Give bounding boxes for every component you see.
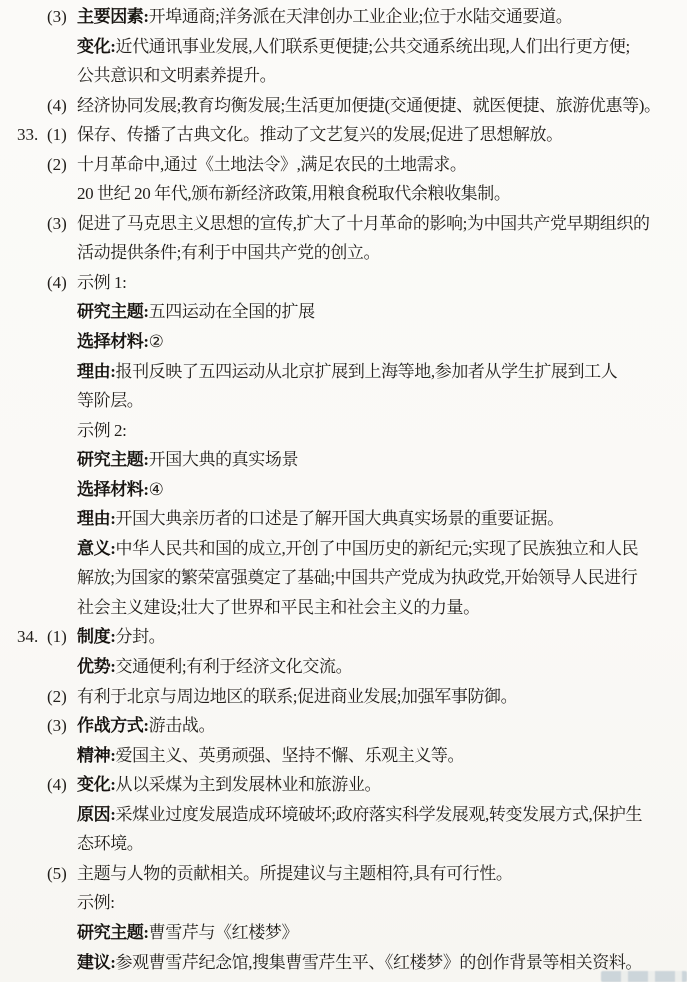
answer-label: 制度: xyxy=(77,627,115,646)
answer-label: 变化: xyxy=(77,775,115,794)
answer-label: 原因: xyxy=(77,805,115,824)
answer-text: 有利于北京与周边地区的联系;促进商业发展;加强军事防御。 xyxy=(77,687,517,706)
answer-line: (4)经济协同发展;教育均衡发展;生活更加便捷(交通便捷、就医便捷、旅游优惠等)… xyxy=(0,91,687,121)
answer-text: 游击战。 xyxy=(149,716,215,735)
answer-line: 活动提供条件;有利于中国共产党的创立。 xyxy=(0,238,687,268)
sub-question-marker: (3) xyxy=(47,209,77,239)
sub-question-marker: (5) xyxy=(47,859,77,889)
answer-text: 促进了马克思主义思想的宣传,扩大了十月革命的影响;为中国共产党早期组织的 xyxy=(77,214,650,233)
answer-label: 变化: xyxy=(77,37,115,56)
answer-line: 示例 2: xyxy=(0,416,687,446)
answer-text: 报刊反映了五四运动从北京扩展到上海等地,参加者从学生扩展到工人 xyxy=(115,362,617,381)
answer-line: (5)主题与人物的贡献相关。所提建议与主题相符,具有可行性。 xyxy=(0,859,687,889)
answer-line: 意义:中华人民共和国的成立,开创了中国历史的新纪元;实现了民族独立和人民 xyxy=(0,534,687,564)
answer-line: (3)促进了马克思主义思想的宣传,扩大了十月革命的影响;为中国共产党早期组织的 xyxy=(0,209,687,239)
answer-label: 研究主题: xyxy=(77,450,149,469)
answer-text: 20 世纪 20 年代,颁布新经济政策,用粮食税取代余粮收集制。 xyxy=(77,184,510,203)
answer-line: 变化:近代通讯事业发展,人们联系更便捷;公共交通系统出现,人们出行更方便; xyxy=(0,32,687,62)
answer-text: ④ xyxy=(149,480,164,499)
answer-label: 建议: xyxy=(77,953,115,972)
answer-label: 意义: xyxy=(77,539,115,558)
sub-question-marker: (2) xyxy=(47,682,77,712)
answer-text: 采煤业过度发展造成环境破坏;政府落实科学发展观,转变发展方式,保护生 xyxy=(115,805,642,824)
answer-line: 精神:爱国主义、英勇顽强、坚持不懈、乐观主义等。 xyxy=(0,741,687,771)
answer-text: 近代通讯事业发展,人们联系更便捷;公共交通系统出现,人们出行更方便; xyxy=(115,37,629,56)
answer-text: 分封。 xyxy=(115,627,165,646)
question-number: 34. xyxy=(17,622,47,652)
answer-line: 公共意识和文明素养提升。 xyxy=(0,61,687,91)
answer-line: 态环境。 xyxy=(0,829,687,859)
answer-text: 五四运动在全国的扩展 xyxy=(149,302,315,321)
sub-question-marker: (4) xyxy=(47,770,77,800)
answer-line: 原因:采煤业过度发展造成环境破坏;政府落实科学发展观,转变发展方式,保护生 xyxy=(0,800,687,830)
answer-label: 研究主题: xyxy=(77,923,149,942)
answer-text: 解放;为国家的繁荣富强奠定了基础;中国共产党成为执政党,开始领导人民进行 xyxy=(77,568,637,587)
answer-line: (2)十月革命中,通过《土地法令》,满足农民的土地需求。 xyxy=(0,150,687,180)
scan-artifact-smudge xyxy=(601,971,687,982)
answers-text-block: (3)主要因素:开埠通商;洋务派在天津创办工业企业;位于水陆交通要道。变化:近代… xyxy=(0,2,687,977)
sub-question-marker: (3) xyxy=(47,2,77,32)
answer-line: 理由:开国大典亲历者的口述是了解开国大典真实场景的重要证据。 xyxy=(0,504,687,534)
sub-question-marker: (2) xyxy=(47,150,77,180)
answer-text: 曹雪芹与《红楼梦》 xyxy=(149,923,298,942)
answer-line: 研究主题:曹雪芹与《红楼梦》 xyxy=(0,918,687,948)
answer-label: 理由: xyxy=(77,509,115,528)
answer-line: 理由:报刊反映了五四运动从北京扩展到上海等地,参加者从学生扩展到工人 xyxy=(0,357,687,387)
answer-line: 研究主题:五四运动在全国的扩展 xyxy=(0,297,687,327)
answer-line: 选择材料:④ xyxy=(0,475,687,505)
answer-text: 示例: xyxy=(77,893,115,912)
answer-line: 20 世纪 20 年代,颁布新经济政策,用粮食税取代余粮收集制。 xyxy=(0,179,687,209)
answer-text: 主题与人物的贡献相关。所提建议与主题相符,具有可行性。 xyxy=(77,864,512,883)
answer-text: 示例 2: xyxy=(77,421,126,440)
answer-text: 爱国主义、英勇顽强、坚持不懈、乐观主义等。 xyxy=(115,746,464,765)
answer-text: 参观曹雪芹纪念馆,搜集曹雪芹生平、《红楼梦》的创作背景等相关资料。 xyxy=(115,953,642,972)
answer-text: 社会主义建设;壮大了世界和平民主和社会主义的力量。 xyxy=(77,598,480,617)
answer-text: 中华人民共和国的成立,开创了中国历史的新纪元;实现了民族独立和人民 xyxy=(115,539,638,558)
answer-text: 经济协同发展;教育均衡发展;生活更加便捷(交通便捷、就医便捷、旅游优惠等)。 xyxy=(77,96,661,115)
scanned-answer-page: (3)主要因素:开埠通商;洋务派在天津创办工业企业;位于水陆交通要道。变化:近代… xyxy=(0,0,687,982)
answer-line: (3)主要因素:开埠通商;洋务派在天津创办工业企业;位于水陆交通要道。 xyxy=(0,2,687,32)
answer-line: 解放;为国家的繁荣富强奠定了基础;中国共产党成为执政党,开始领导人民进行 xyxy=(0,563,687,593)
answer-label: 精神: xyxy=(77,746,115,765)
answer-line: 34.(1)制度:分封。 xyxy=(0,622,687,652)
answer-line: 等阶层。 xyxy=(0,386,687,416)
answer-line: (3)作战方式:游击战。 xyxy=(0,711,687,741)
answer-text: 活动提供条件;有利于中国共产党的创立。 xyxy=(77,243,380,262)
answer-text: 保存、传播了古典文化。推动了文艺复兴的发展;促进了思想解放。 xyxy=(77,125,563,144)
sub-question-marker: (4) xyxy=(47,91,77,121)
answer-line: 研究主题:开国大典的真实场景 xyxy=(0,445,687,475)
answer-label: 选择材料: xyxy=(77,332,149,351)
answer-label: 理由: xyxy=(77,362,115,381)
answer-label: 选择材料: xyxy=(77,480,149,499)
sub-question-marker: (1) xyxy=(47,120,77,150)
answer-text: 交通便利;有利于经济文化交流。 xyxy=(115,657,352,676)
answer-text: 公共意识和文明素养提升。 xyxy=(77,66,276,85)
answer-line: 社会主义建设;壮大了世界和平民主和社会主义的力量。 xyxy=(0,593,687,623)
answer-text: 十月革命中,通过《土地法令》,满足农民的土地需求。 xyxy=(77,155,467,174)
answer-line: 示例: xyxy=(0,888,687,918)
question-number: 33. xyxy=(17,120,47,150)
answer-text: 示例 1: xyxy=(77,273,126,292)
answer-line: 33.(1)保存、传播了古典文化。推动了文艺复兴的发展;促进了思想解放。 xyxy=(0,120,687,150)
answer-line: (4)变化:从以采煤为主到发展林业和旅游业。 xyxy=(0,770,687,800)
answer-text: 开国大典亲历者的口述是了解开国大典真实场景的重要证据。 xyxy=(115,509,563,528)
answer-line: 优势:交通便利;有利于经济文化交流。 xyxy=(0,652,687,682)
sub-question-marker: (1) xyxy=(47,622,77,652)
answer-label: 优势: xyxy=(77,657,115,676)
answer-line: (4)示例 1: xyxy=(0,268,687,298)
answer-label: 作战方式: xyxy=(77,716,149,735)
sub-question-marker: (4) xyxy=(47,268,77,298)
answer-text: ② xyxy=(149,332,164,351)
answer-text: 等阶层。 xyxy=(77,391,143,410)
sub-question-marker: (3) xyxy=(47,711,77,741)
answer-text: 开埠通商;洋务派在天津创办工业企业;位于水陆交通要道。 xyxy=(149,7,573,26)
answer-line: 建议:参观曹雪芹纪念馆,搜集曹雪芹生平、《红楼梦》的创作背景等相关资料。 xyxy=(0,948,687,978)
answer-line: 选择材料:② xyxy=(0,327,687,357)
answer-text: 从以采煤为主到发展林业和旅游业。 xyxy=(115,775,381,794)
answer-label: 主要因素: xyxy=(77,7,149,26)
answer-text: 开国大典的真实场景 xyxy=(149,450,298,469)
answer-label: 研究主题: xyxy=(77,302,149,321)
answer-text: 态环境。 xyxy=(77,834,143,853)
answer-line: (2)有利于北京与周边地区的联系;促进商业发展;加强军事防御。 xyxy=(0,682,687,712)
